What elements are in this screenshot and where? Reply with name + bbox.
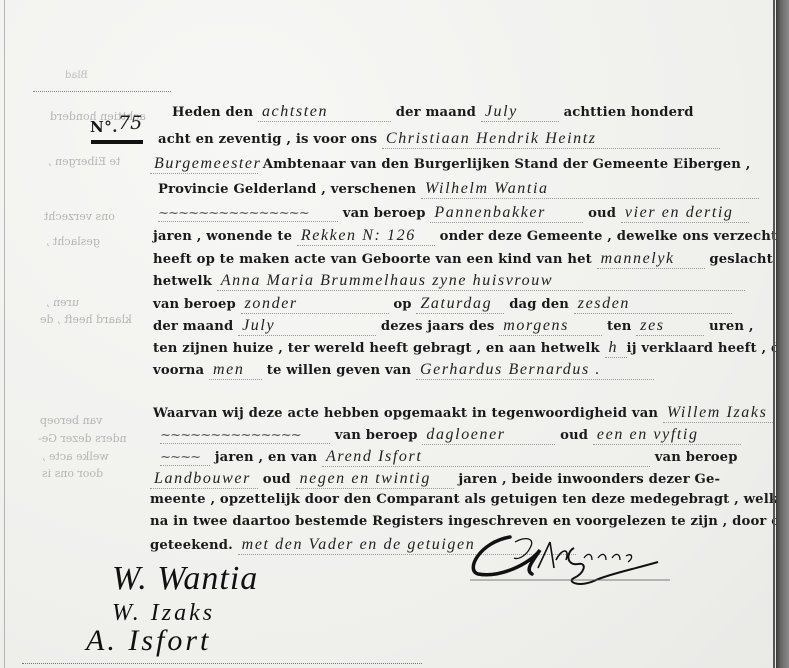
handwritten-birth-day: zesden (574, 295, 732, 314)
handwritten-official-title: Burgemeester (150, 155, 258, 174)
bottom-dotted-rule (22, 663, 422, 664)
handwritten-witness1-name: Willem Izaks (663, 404, 789, 423)
handwritten-witness2-occupation: Landbouwer (150, 470, 258, 489)
printed-text: jaren , beide inwoonders dezer Ge- (458, 472, 720, 487)
printed-text: achttien honderd (564, 105, 694, 120)
text-line-12: voorna men te willen geven van Gerhardus… (153, 361, 654, 380)
text-line-13: Waarvan wij deze acte hebben opgemaakt i… (153, 404, 789, 423)
printed-text: geslacht , (709, 252, 782, 267)
text-line-4: Provincie Gelderland , verschenen Wilhel… (158, 180, 759, 199)
fill-flourish: ~~~~ (160, 450, 210, 466)
handwritten-witness1-age: een en vyftig (593, 426, 741, 445)
printed-text: oud (560, 428, 588, 443)
printed-text: acht en zeventig , is voor ons (158, 132, 377, 147)
text-line-14: ~~~~~~~~~~~~~~ van beroep dagloener oud … (160, 426, 741, 445)
printed-text: Ambtenaar van den Burgerlijken Stand der… (263, 157, 751, 172)
handwritten-month: July (481, 103, 559, 122)
printed-text: ij verklaard heeft , de (627, 341, 789, 356)
printed-text: Waarvan wij deze acte hebben opgemaakt i… (153, 406, 658, 421)
printed-text: uren , (709, 319, 754, 334)
text-line-16: Landbouwer oud negen en twintig jaren , … (150, 470, 720, 489)
text-line-1: Heden den achtsten der maand July achtti… (172, 103, 694, 122)
printed-text: van beroep (153, 297, 236, 312)
printed-text: dag den (509, 297, 569, 312)
printed-text: jaren , wonende te (153, 229, 292, 244)
printed-text: Provincie Gelderland , verschenen (158, 182, 416, 197)
printed-text: na in twee daartoo bestemde Registers in… (150, 514, 789, 529)
text-line-11: ten zijnen huize , ter wereld heeft gebr… (153, 339, 789, 358)
printed-text: onder deze Gemeente , dewelke ons verzec… (440, 229, 778, 244)
handwritten-child-sex: mannelyk (597, 250, 705, 269)
signature-witness1: W. Izaks (112, 600, 215, 627)
printed-text: van beroep (335, 428, 418, 443)
handwritten-father-name: Wilhelm Wantia (421, 180, 759, 199)
handwritten-child-name: Gerhardus Bernardus . (416, 361, 654, 380)
handwritten-mother-occupation: zonder (241, 295, 389, 314)
printed-text: der maand (396, 105, 476, 120)
text-line-9: van beroep zonder op Zaturdag dag den ze… (153, 295, 732, 314)
signature-father: W. Wantia (112, 560, 258, 598)
handwritten-weekday: Zaturdag (416, 295, 504, 314)
printed-text: meente , opzettelijk door den Comparant … (150, 492, 789, 507)
handwritten-day: achtsten (258, 103, 391, 122)
handwritten-name-suffix: men (209, 361, 262, 380)
ghost-text: nders dezer Ge- (38, 432, 127, 445)
printed-text: hetwelk (153, 274, 212, 289)
register-number-underline (91, 140, 143, 144)
printed-text: der maand (153, 319, 233, 334)
handwritten-witness2-name: Arend Isfort (322, 448, 650, 467)
text-line-3: Burgemeester Ambtenaar van den Burgerlij… (150, 155, 751, 174)
printed-text: dezes jaars des (381, 319, 495, 334)
margin-dotted-rule (33, 91, 171, 92)
printed-text: geteekend. (150, 538, 233, 553)
text-line-5: ~~~~~~~~~~~~~~~ van beroep Pannenbakker … (158, 204, 749, 223)
ghost-text: uren , (46, 296, 79, 309)
printed-text: Heden den (172, 105, 253, 120)
ghost-text: door ons is (42, 467, 103, 480)
left-margin-rule (4, 0, 5, 668)
handwritten-father-age: vier en dertig (621, 204, 749, 223)
ghost-text: klaard heeft , de (40, 313, 132, 326)
fill-flourish: ~~~~~~~~~~~~~~ (160, 428, 330, 444)
printed-text: heeft op te maken acte van Geboorte van … (153, 252, 592, 267)
ghost-text: geslacht , (46, 235, 100, 248)
signature-official (470, 530, 690, 590)
handwritten-birth-month: July (238, 317, 376, 336)
printed-text: jaren , en van (215, 450, 317, 465)
handwritten-hour: zes (636, 317, 704, 336)
printed-text: te willen geven van (267, 363, 412, 378)
handwritten-gender-prefix: h (605, 339, 627, 358)
text-line-18: na in twee daartoo bestemde Registers in… (150, 514, 789, 529)
text-line-17: meente , opzettelijk door den Comparant … (150, 492, 789, 507)
signature-witness2: A. Isfort (86, 624, 211, 658)
handwritten-witness2-age: negen en twintig (296, 470, 454, 489)
ghost-text: te Eibergen , (48, 155, 120, 168)
register-number-label: N°. (90, 118, 118, 136)
ghost-text: ons verzecht (44, 210, 115, 223)
fill-flourish: ~~~~~~~~~~~~~~~ (158, 206, 338, 222)
text-line-2: acht en zeventig , is voor ons Christiaa… (158, 130, 720, 149)
handwritten-father-occupation: Pannenbakker (430, 204, 583, 223)
printed-text: van beroep (343, 206, 426, 221)
page-edge-line (773, 0, 775, 668)
page-binding-edge (776, 0, 789, 668)
text-line-6: jaren , wonende te Rekken N: 126 onder d… (153, 227, 777, 246)
certificate-page: Blad achttien honderd te Eibergen , ons … (0, 0, 776, 668)
ghost-text: welke acte , (42, 450, 109, 463)
printed-text: voorna (153, 363, 204, 378)
text-line-7: heeft op te maken acte van Geboorte van … (153, 250, 782, 269)
handwritten-witness1-occupation: dagloener (422, 426, 555, 445)
text-line-8: hetwelk Anna Maria Brummelhaus zyne huis… (153, 272, 745, 291)
handwritten-official-name: Christiaan Hendrik Heintz (382, 130, 720, 149)
printed-text: oud (588, 206, 616, 221)
text-line-10: der maand July dezes jaars des morgens t… (153, 317, 754, 336)
ghost-text: van beroep (40, 414, 102, 427)
printed-text: ten zijnen huize , ter wereld heeft gebr… (153, 341, 600, 356)
ghost-text-blad: Blad (65, 70, 88, 81)
handwritten-mother-name: Anna Maria Brummelhaus zyne huisvrouw (217, 272, 745, 291)
printed-text: op (393, 297, 411, 312)
handwritten-time-of-day: morgens (499, 317, 602, 336)
printed-text: oud (263, 472, 291, 487)
printed-text: ten (607, 319, 632, 334)
text-line-15: ~~~~ jaren , en van Arend Isfort van ber… (160, 448, 738, 467)
signature-flourish-icon (470, 530, 690, 590)
handwritten-address: Rekken N: 126 (297, 227, 435, 246)
printed-text: van beroep (655, 450, 738, 465)
register-number: 75 (118, 112, 142, 134)
